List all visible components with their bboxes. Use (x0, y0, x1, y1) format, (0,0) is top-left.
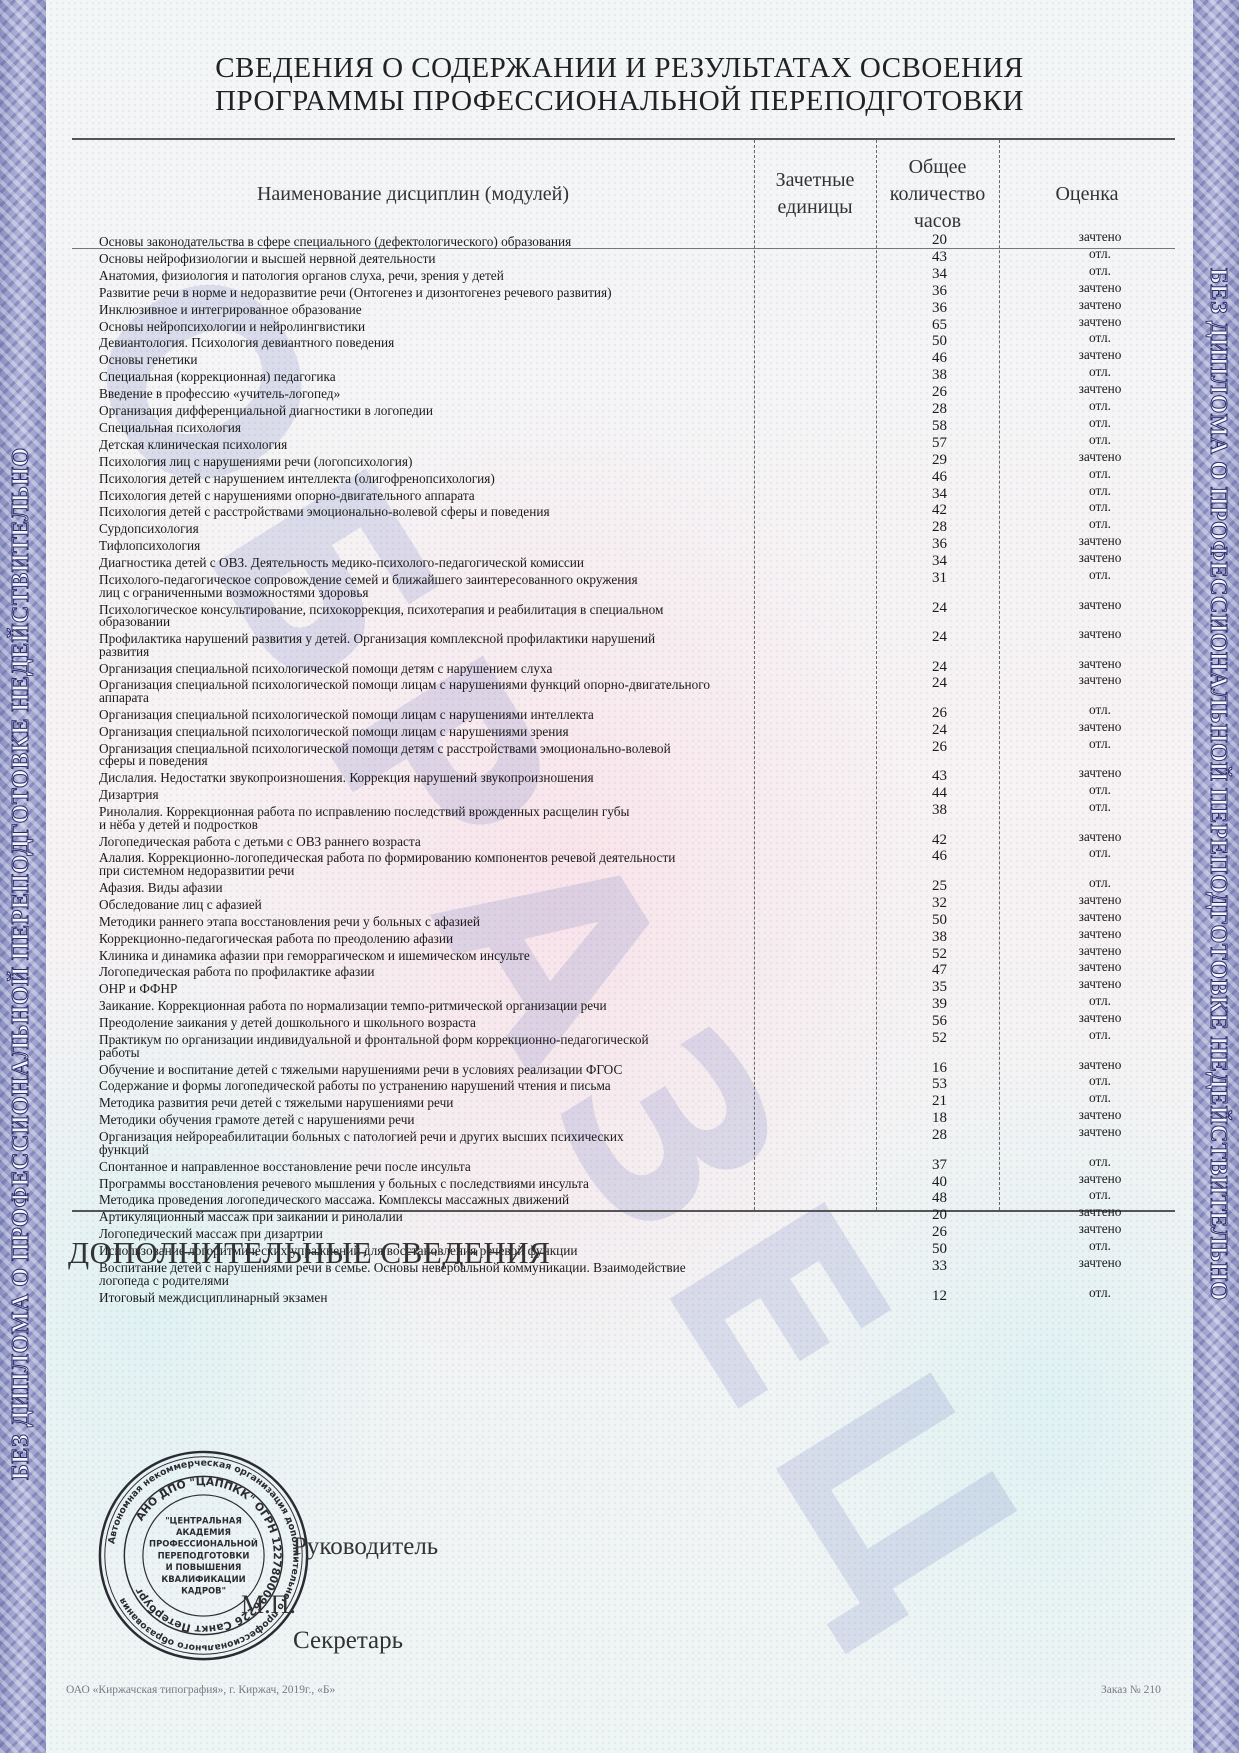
svg-text:КВАЛИФИКАЦИИ: КВАЛИФИКАЦИИ (161, 1574, 245, 1584)
discipline-hours: 47 (932, 963, 972, 977)
discipline-grade: зачтено (1040, 535, 1160, 548)
discipline-hours: 38 (932, 930, 972, 944)
discipline-name: Сурдопсихология (99, 523, 819, 536)
discipline-grade: отл. (1040, 434, 1160, 447)
discipline-hours: 24 (932, 676, 972, 690)
discipline-name: Основы нейропсихологии и нейролингвистик… (99, 321, 819, 334)
discipline-grade: зачтено (1040, 282, 1160, 295)
svg-text:"ЦЕНТРАЛЬНАЯ: "ЦЕНТРАЛЬНАЯ (165, 1515, 242, 1525)
discipline-name: Психологическое консультирование, психок… (99, 604, 819, 629)
discipline-grade: отл. (1040, 738, 1160, 751)
discipline-grade: зачтено (1040, 767, 1160, 780)
discipline-name: Введение в профессию «учитель-логопед» (99, 388, 819, 401)
discipline-grade: отл. (1040, 265, 1160, 278)
discipline-hours: 33 (932, 1259, 972, 1273)
discipline-hours: 24 (932, 723, 972, 737)
discipline-name: Воспитание детей с нарушениями речи в се… (99, 1262, 819, 1287)
discipline-name: Инклюзивное и интегрированное образовани… (99, 304, 819, 317)
discipline-name: Артикуляционный массаж при заикании и ри… (99, 1211, 819, 1224)
discipline-grade: отл. (1040, 332, 1160, 345)
discipline-grade: зачтено (1040, 451, 1160, 464)
discipline-name: Клиника и динамика афазии при геморрагич… (99, 950, 819, 963)
discipline-grade: отл. (1040, 801, 1160, 814)
discipline-name: Дизартрия (99, 789, 819, 802)
discipline-grade: зачтено (1040, 599, 1160, 612)
discipline-name: Организация специальной психологической … (99, 743, 819, 768)
discipline-name: Специальная (коррекционная) педагогика (99, 371, 819, 384)
discipline-name: Использование логоритмических упражнений… (99, 1245, 819, 1258)
discipline-name: Итоговый междисциплинарный экзамен (99, 1292, 819, 1305)
discipline-hours: 34 (932, 267, 972, 281)
column-header-credits: Зачетные единицы (754, 140, 876, 248)
discipline-hours: 21 (932, 1094, 972, 1108)
discipline-grade: зачтено (1040, 628, 1160, 641)
discipline-name: Практикум по организации индивидуальной … (99, 1034, 819, 1059)
discipline-hours: 50 (932, 334, 972, 348)
discipline-hours: 24 (932, 601, 972, 615)
discipline-hours: 50 (932, 1242, 972, 1256)
discipline-grade: отл. (1040, 1092, 1160, 1105)
discipline-grade: зачтено (1040, 299, 1160, 312)
discipline-hours: 28 (932, 1128, 972, 1142)
discipline-name: Организация дифференциальной диагностики… (99, 405, 819, 418)
discipline-grade: зачтено (1040, 349, 1160, 362)
discipline-name: Психология детей с нарушениями опорно-дв… (99, 490, 819, 503)
discipline-grade: зачтено (1040, 1173, 1160, 1186)
discipline-grade: зачтено (1040, 1126, 1160, 1139)
discipline-name: Программы восстановления речевого мышлен… (99, 1178, 819, 1191)
discipline-hours: 36 (932, 301, 972, 315)
discipline-grade: зачтено (1040, 1012, 1160, 1025)
discipline-hours: 52 (932, 947, 972, 961)
discipline-grade: зачтено (1040, 231, 1160, 244)
discipline-grade: отл. (1040, 704, 1160, 717)
discipline-hours: 24 (932, 630, 972, 644)
discipline-grade: зачтено (1040, 1257, 1160, 1270)
discipline-hours: 24 (932, 660, 972, 674)
discipline-grade: зачтено (1040, 674, 1160, 687)
discipline-hours: 26 (932, 385, 972, 399)
signature-head-label: Руководитель (293, 1533, 438, 1561)
discipline-grade: отл. (1040, 877, 1160, 890)
discipline-grade: отл. (1040, 248, 1160, 261)
svg-text:КАДРОВ": КАДРОВ" (181, 1586, 226, 1596)
discipline-grade: зачтено (1040, 1206, 1160, 1219)
discipline-name: Диагностика детей с ОВЗ. Деятельность ме… (99, 557, 819, 570)
discipline-name: Содержание и формы логопедической работы… (99, 1080, 819, 1093)
discipline-hours: 37 (932, 1158, 972, 1172)
discipline-hours: 38 (932, 368, 972, 382)
discipline-hours: 42 (932, 503, 972, 517)
discipline-hours: 42 (932, 833, 972, 847)
discipline-name: Методики раннего этапа восстановления ре… (99, 916, 819, 929)
discipline-hours: 28 (932, 402, 972, 416)
discipline-hours: 16 (932, 1061, 972, 1075)
discipline-hours: 39 (932, 997, 972, 1011)
discipline-name: Психология детей с расстройствами эмоцио… (99, 506, 819, 519)
discipline-name: Организация специальной психологической … (99, 726, 819, 739)
discipline-name: Основы нейрофизиологии и высшей нервной … (99, 253, 819, 266)
discipline-name: Основы генетики (99, 354, 819, 367)
discipline-hours: 34 (932, 487, 972, 501)
svg-text:ПРОФЕССИОНАЛЬНОЙ: ПРОФЕССИОНАЛЬНОЙ (149, 1538, 258, 1549)
discipline-name: Логопедический массаж при дизартрии (99, 1228, 819, 1241)
discipline-hours: 43 (932, 769, 972, 783)
discipline-grade: отл. (1040, 501, 1160, 514)
discipline-hours: 46 (932, 849, 972, 863)
discipline-grade: отл. (1040, 1287, 1160, 1300)
discipline-hours: 57 (932, 436, 972, 450)
discipline-grade: зачтено (1040, 961, 1160, 974)
discipline-grade: отл. (1040, 468, 1160, 481)
discipline-name: Детская клиническая психология (99, 439, 819, 452)
discipline-grade: отл. (1040, 400, 1160, 413)
discipline-hours: 29 (932, 453, 972, 467)
discipline-hours: 53 (932, 1077, 972, 1091)
discipline-hours: 25 (932, 879, 972, 893)
discipline-name: Развитие речи в норме и недоразвитие реч… (99, 287, 819, 300)
discipline-name: Тифлопсихология (99, 540, 819, 553)
discipline-name: Спонтанное и направленное восстановление… (99, 1161, 819, 1174)
discipline-grade: зачтено (1040, 1109, 1160, 1122)
discipline-name: Специальная психология (99, 422, 819, 435)
discipline-grade: зачтено (1040, 658, 1160, 671)
discipline-grade: отл. (1040, 1189, 1160, 1202)
discipline-hours: 40 (932, 1175, 972, 1189)
discipline-name: Методика развития речи детей с тяжелыми … (99, 1097, 819, 1110)
svg-text:ПЕРЕПОДГОТОВКИ: ПЕРЕПОДГОТОВКИ (158, 1550, 250, 1560)
discipline-grade: зачтено (1040, 945, 1160, 958)
discipline-name: Методики обучения грамоте детей с наруше… (99, 1114, 819, 1127)
discipline-name: Обучение и воспитание детей с тяжелыми н… (99, 1064, 819, 1077)
discipline-hours: 35 (932, 980, 972, 994)
discipline-name: Девиантология. Психология девиантного по… (99, 337, 819, 350)
discipline-hours: 65 (932, 318, 972, 332)
discipline-hours: 36 (932, 284, 972, 298)
stamp-place-label: М.П. (241, 1590, 296, 1620)
discipline-name: Логопедическая работа с детьми с ОВЗ ран… (99, 836, 819, 849)
discipline-grade: отл. (1040, 417, 1160, 430)
discipline-grade: зачтено (1040, 928, 1160, 941)
discipline-name: Афазия. Виды афазии (99, 882, 819, 895)
discipline-hours: 43 (932, 250, 972, 264)
discipline-hours: 36 (932, 537, 972, 551)
discipline-hours: 52 (932, 1031, 972, 1045)
svg-text:АКАДЕМИЯ: АКАДЕМИЯ (176, 1527, 231, 1537)
discipline-hours: 50 (932, 913, 972, 927)
column-header-name: Наименование дисциплин (модулей) (72, 140, 754, 248)
discipline-hours: 34 (932, 554, 972, 568)
document-title: СВЕДЕНИЯ О СОДЕРЖАНИИ И РЕЗУЛЬТАТАХ ОСВО… (0, 52, 1239, 118)
discipline-grade: отл. (1040, 1156, 1160, 1169)
column-divider (999, 140, 1000, 1210)
discipline-name: Психология детей с нарушением интеллекта… (99, 473, 819, 486)
discipline-grade: отл. (1040, 366, 1160, 379)
column-divider (876, 140, 877, 1210)
discipline-hours: 31 (932, 571, 972, 585)
discipline-grade: отл. (1040, 784, 1160, 797)
discipline-grade: отл. (1040, 1029, 1160, 1042)
discipline-name: Коррекционно-педагогическая работа по пр… (99, 933, 819, 946)
title-line-1: СВЕДЕНИЯ О СОДЕРЖАНИИ И РЕЗУЛЬТАТАХ ОСВО… (0, 52, 1239, 85)
discipline-name: Организация специальной психологической … (99, 679, 819, 704)
discipline-hours: 56 (932, 1014, 972, 1028)
discipline-grade: зачтено (1040, 316, 1160, 329)
discipline-grade: отл. (1040, 1240, 1160, 1253)
discipline-grade: отл. (1040, 847, 1160, 860)
order-number: Заказ № 210 (1101, 1684, 1161, 1696)
discipline-hours: 46 (932, 351, 972, 365)
discipline-name: Профилактика нарушений развития у детей.… (99, 633, 819, 658)
discipline-name: Логопедическая работа по профилактике аф… (99, 966, 819, 979)
discipline-hours: 58 (932, 419, 972, 433)
discipline-grade: отл. (1040, 995, 1160, 1008)
discipline-hours: 44 (932, 786, 972, 800)
discipline-grade: отл. (1040, 569, 1160, 582)
discipline-name: Организация нейрореабилитации больных с … (99, 1131, 819, 1156)
discipline-grade: зачтено (1040, 1223, 1160, 1236)
discipline-grade: зачтено (1040, 721, 1160, 734)
discipline-name: ОНР и ФФНР (99, 983, 819, 996)
discipline-hours: 20 (932, 233, 972, 247)
title-line-2: ПРОГРАММЫ ПРОФЕССИОНАЛЬНОЙ ПЕРЕПОДГОТОВК… (0, 85, 1239, 118)
discipline-name: Обследование лиц с афазией (99, 899, 819, 912)
discipline-hours: 18 (932, 1111, 972, 1125)
discipline-grade: зачтено (1040, 911, 1160, 924)
discipline-grade: зачтено (1040, 894, 1160, 907)
discipline-grade: отл. (1040, 485, 1160, 498)
signature-secretary-label: Секретарь (293, 1627, 403, 1655)
discipline-name: Преодоление заикания у детей дошкольного… (99, 1017, 819, 1030)
discipline-name: Психолого-педагогическое сопровождение с… (99, 574, 819, 599)
discipline-name: Заикание. Коррекционная работа по нормал… (99, 1000, 819, 1013)
discipline-name: Анатомия, физиология и патология органов… (99, 270, 819, 283)
discipline-hours: 46 (932, 470, 972, 484)
discipline-name: Алалия. Коррекционно-логопедическая рабо… (99, 852, 819, 877)
discipline-grade: отл. (1040, 1075, 1160, 1088)
discipline-hours: 26 (932, 706, 972, 720)
discipline-hours: 38 (932, 803, 972, 817)
official-stamp: Автономная некоммерческая организация до… (96, 1448, 311, 1663)
discipline-hours: 20 (932, 1208, 972, 1222)
discipline-hours: 12 (932, 1289, 972, 1303)
discipline-name: Дислалия. Недостатки звукопроизношения. … (99, 772, 819, 785)
discipline-hours: 32 (932, 896, 972, 910)
discipline-hours: 26 (932, 740, 972, 754)
discipline-grade: зачтено (1040, 552, 1160, 565)
discipline-grade: зачтено (1040, 1059, 1160, 1072)
discipline-name: Психология лиц с нарушениями речи (логоп… (99, 456, 819, 469)
discipline-hours: 28 (932, 520, 972, 534)
printer-imprint: ОАО «Киржачская типография», г. Киржач, … (66, 1684, 335, 1696)
svg-text:И ПОВЫШЕНИЯ: И ПОВЫШЕНИЯ (166, 1562, 242, 1572)
discipline-grade: отл. (1040, 518, 1160, 531)
discipline-grade: зачтено (1040, 978, 1160, 991)
document-content: СВЕДЕНИЯ О СОДЕРЖАНИИ И РЕЗУЛЬТАТАХ ОСВО… (0, 0, 1239, 1753)
discipline-hours: 26 (932, 1225, 972, 1239)
discipline-name: Основы законодательства в сфере специаль… (99, 236, 819, 249)
discipline-name: Методика проведения логопедического масс… (99, 1194, 819, 1207)
discipline-grade: зачтено (1040, 831, 1160, 844)
discipline-name: Организация специальной психологической … (99, 709, 819, 722)
discipline-hours: 48 (932, 1191, 972, 1205)
discipline-grade: зачтено (1040, 383, 1160, 396)
discipline-name: Организация специальной психологической … (99, 663, 819, 676)
discipline-name: Ринолалия. Коррекционная работа по испра… (99, 806, 819, 831)
